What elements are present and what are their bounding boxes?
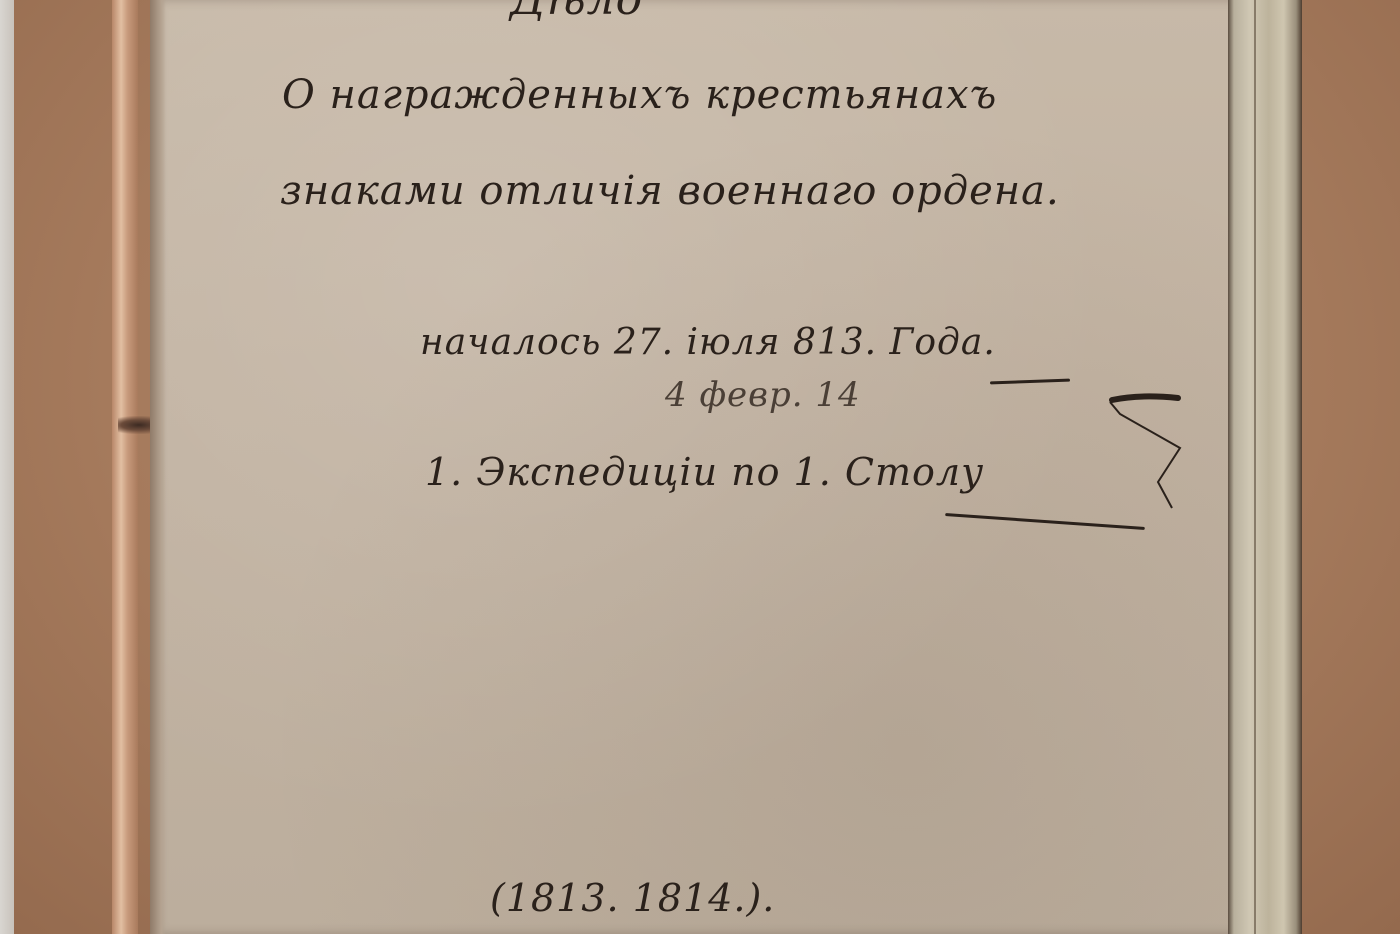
folded-spine-edge <box>1228 0 1302 934</box>
title-line-2: знаками отличія военнаго ордена. <box>280 168 1060 214</box>
year-range: (1813. 1814.). <box>490 876 775 920</box>
page-left-edge <box>150 0 166 934</box>
start-date: началось 27. іюля 813. Года. <box>420 322 996 363</box>
spine-crease <box>1254 0 1256 934</box>
department-line: 1. Экспедиціи по 1. Столу <box>425 450 984 494</box>
title-line-1: О награжденныхъ крестьянахъ <box>282 72 997 118</box>
end-date: 4 февр. 14 <box>665 375 861 415</box>
document-heading: Дѣло <box>510 0 643 25</box>
wall-edge <box>0 0 14 934</box>
binding-rail <box>112 0 138 934</box>
pen-flourish-icon <box>1100 390 1200 530</box>
